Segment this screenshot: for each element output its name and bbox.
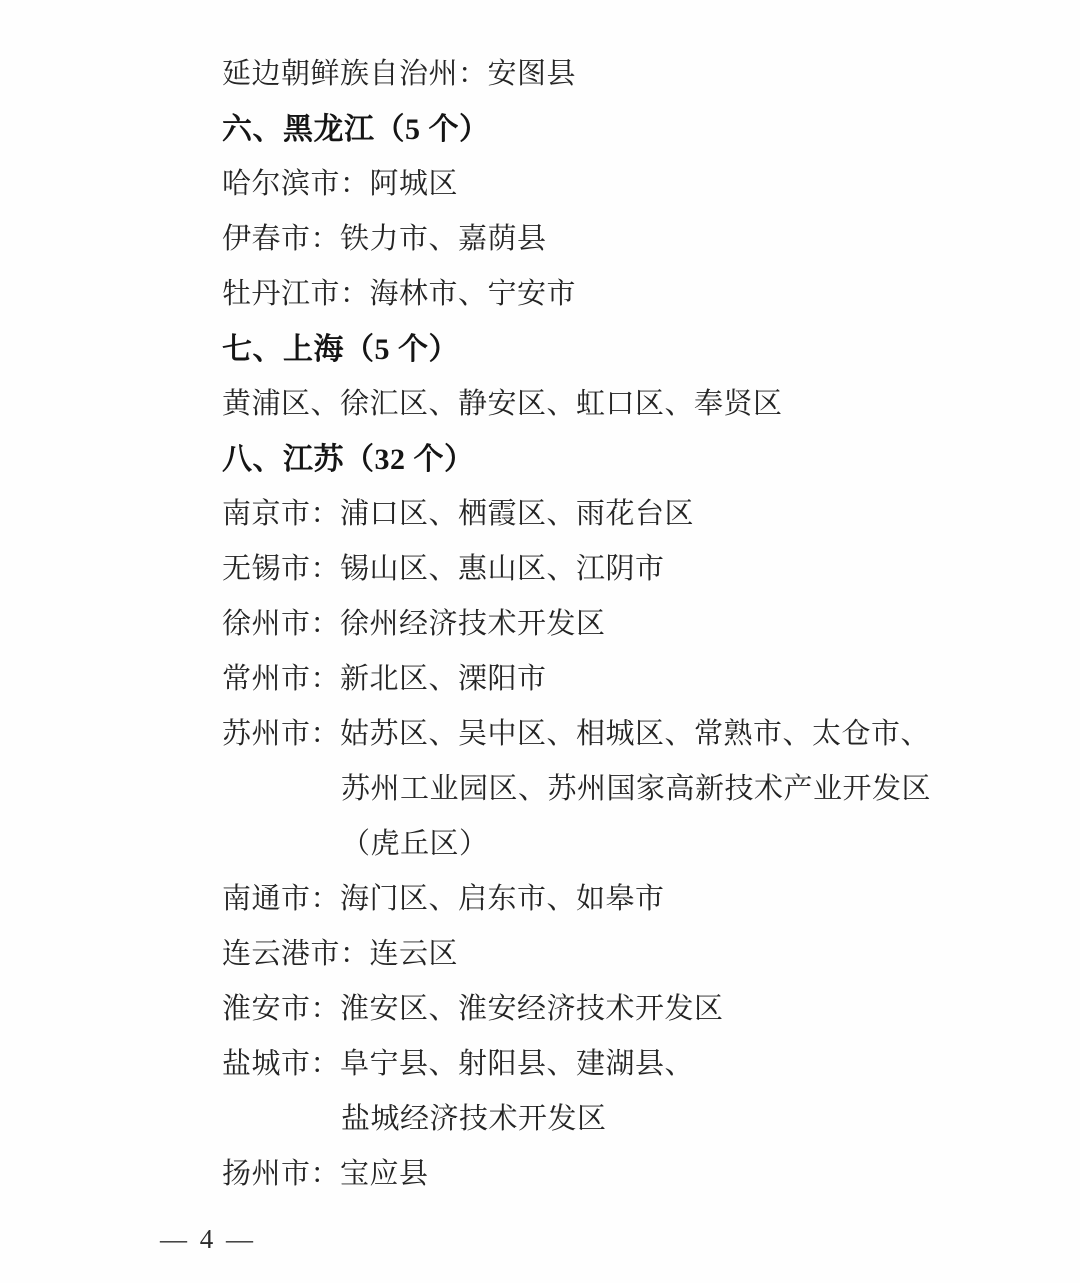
document-line-yancheng: 盐城市：阜宁县、射阳县、建湖县、: [0, 1037, 1080, 1092]
document-body: 延边朝鲜族自治州：安图县 六、黑龙江（5 个） 哈尔滨市：阿城区 伊春市：铁力市…: [0, 47, 1080, 1202]
document-line-xuzhou: 徐州市：徐州经济技术开发区: [0, 597, 1080, 652]
section-heading-shanghai: 七、上海（5 个）: [0, 322, 1080, 377]
document-line-yichun: 伊春市：铁力市、嘉荫县: [0, 212, 1080, 267]
page-number: — 4 —: [160, 1212, 256, 1267]
document-line-suzhou-cont-2: （虎丘区）: [0, 817, 1080, 872]
document-line-nanjing: 南京市：浦口区、栖霞区、雨花台区: [0, 487, 1080, 542]
document-page: 延边朝鲜族自治州：安图县 六、黑龙江（5 个） 哈尔滨市：阿城区 伊春市：铁力市…: [0, 0, 1080, 1283]
document-line-wuxi: 无锡市：锡山区、惠山区、江阴市: [0, 542, 1080, 597]
document-line-nantong: 南通市：海门区、启东市、如皋市: [0, 872, 1080, 927]
document-line-huaian: 淮安市：淮安区、淮安经济技术开发区: [0, 982, 1080, 1037]
document-line-lianyungang: 连云港市：连云区: [0, 927, 1080, 982]
document-line-yanbian: 延边朝鲜族自治州：安图县: [0, 47, 1080, 102]
document-line-haerbin: 哈尔滨市：阿城区: [0, 157, 1080, 212]
document-line-changzhou: 常州市：新北区、溧阳市: [0, 652, 1080, 707]
section-heading-heilongjiang: 六、黑龙江（5 个）: [0, 102, 1080, 157]
document-line-yangzhou: 扬州市：宝应县: [0, 1147, 1080, 1202]
document-line-suzhou-cont-1: 苏州工业园区、苏州国家高新技术产业开发区: [0, 762, 1080, 817]
document-line-shanghai-districts: 黄浦区、徐汇区、静安区、虹口区、奉贤区: [0, 377, 1080, 432]
document-line-mudanjiang: 牡丹江市：海林市、宁安市: [0, 267, 1080, 322]
section-heading-jiangsu: 八、江苏（32 个）: [0, 432, 1080, 487]
document-line-suzhou: 苏州市：姑苏区、吴中区、相城区、常熟市、太仓市、: [0, 707, 1080, 762]
document-line-yancheng-cont: 盐城经济技术开发区: [0, 1092, 1080, 1147]
